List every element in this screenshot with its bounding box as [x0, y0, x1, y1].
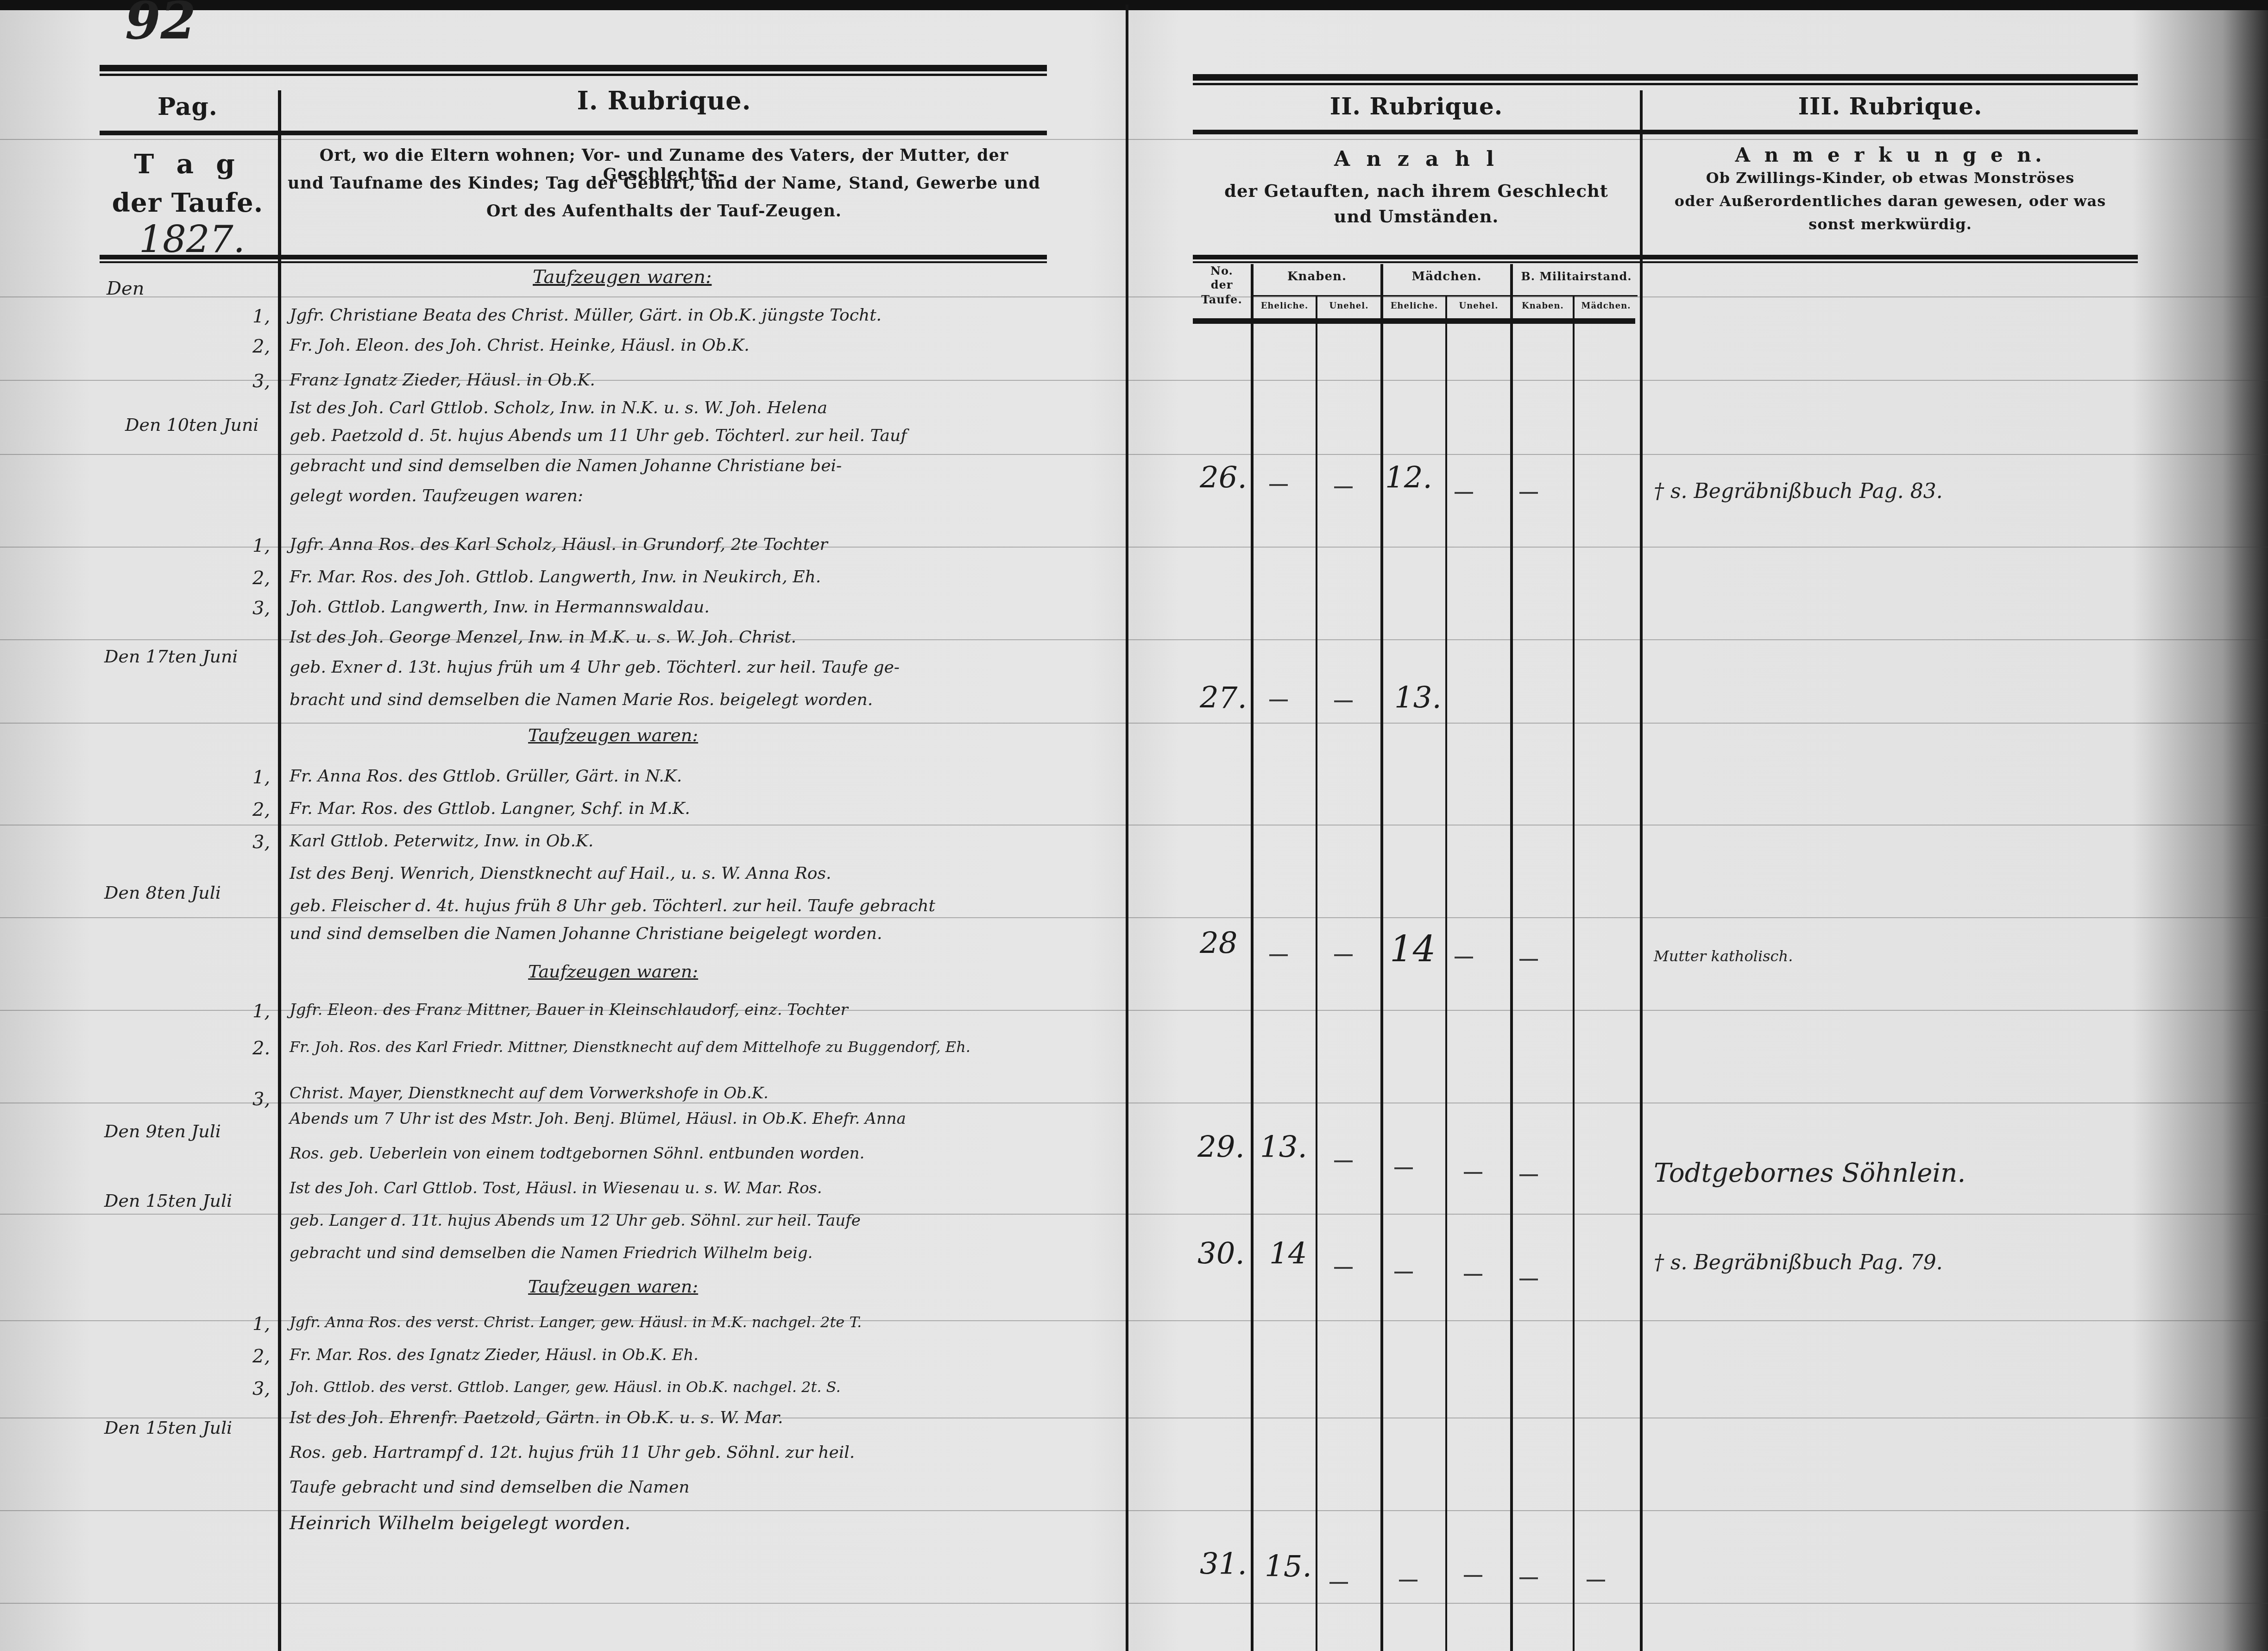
anmerkungen-desc-3: sonst merkwürdig.	[1643, 215, 2138, 233]
witness-no: 3,	[252, 1089, 270, 1110]
entry-line: Taufzeugen waren:	[528, 961, 698, 982]
entry-line: Ist des Joh. George Menzel, Inw. in M.K.…	[290, 628, 796, 647]
baptism-no: 28	[1200, 926, 1237, 961]
rubrique-i-desc-3: Ort des Aufenthalts der Tauf-Zeugen.	[281, 202, 1047, 221]
witness-text: Christ. Mayer, Dienstknecht auf dem Vorw…	[290, 1084, 769, 1103]
binding-line	[1126, 5, 1128, 1651]
sub-unehel-m: Unehel.	[1447, 301, 1510, 311]
remark: † s. Begräbnißbuch Pag. 83.	[1654, 479, 1943, 503]
rubrique-i-desc-2: und Taufname des Kindes; Tag der Geburt,…	[281, 174, 1047, 193]
col-no-1: No.	[1193, 264, 1251, 277]
maedchen-eheliche: 13.	[1394, 681, 1442, 715]
rubrique-i-title: I. Rubrique.	[281, 86, 1047, 115]
witness-no: 1,	[252, 1001, 270, 1022]
entry-line: Ros. geb. Hartrampf d. 12t. hujus früh 1…	[290, 1443, 855, 1462]
witness-text: Fr. Mar. Ros. des Joh. Gttlob. Langwerth…	[290, 567, 821, 586]
maedchen-eheliche: 12.	[1385, 461, 1432, 495]
witness-text: Joh. Gttlob. des verst. Gttlob. Langer, …	[290, 1378, 841, 1396]
sub-unehel-k: Unehel.	[1317, 301, 1380, 311]
year: 1827.	[139, 218, 245, 261]
witness-no: 3,	[252, 1378, 270, 1399]
col-no-3: Taufe.	[1193, 293, 1251, 306]
witness-text: Fr. Anna Ros. des Gttlob. Grüller, Gärt.…	[290, 767, 682, 786]
anmerkungen-label: A n m e r k u n g e n.	[1643, 144, 2138, 166]
baptism-date: Den 8ten Juli	[104, 882, 221, 903]
entry-line: und sind demselben die Namen Johanne Chr…	[290, 924, 882, 943]
entry-line: Ist des Joh. Ehrenfr. Paetzold, Gärtn. i…	[290, 1408, 783, 1427]
witness-no: 3,	[252, 371, 270, 392]
entry-line: geb. Langer d. 11t. hujus Abends um 12 U…	[290, 1211, 861, 1230]
entry-line: Ros. geb. Ueberlein von einem todtgeborn…	[290, 1144, 864, 1163]
scan-border	[0, 0, 2268, 10]
witness-text: Fr. Joh. Ros. des Karl Friedr. Mittner, …	[290, 1033, 1049, 1061]
entry-line: Ist des Joh. Carl Gttlob. Tost, Häusl. i…	[290, 1179, 822, 1197]
baptism-date: Den 15ten Juli	[104, 1418, 232, 1438]
left-column-divider	[278, 90, 281, 1651]
anzahl-desc-1: der Getauften, nach ihrem Geschlecht	[1193, 181, 1640, 201]
page-number: 92	[125, 0, 196, 50]
witness-text: Fr. Joh. Eleon. des Joh. Christ. Heinke,…	[290, 336, 750, 355]
entry-line: Taufzeugen waren:	[528, 725, 698, 745]
remark: Todtgebornes Söhnlein.	[1654, 1158, 1966, 1188]
remark: Mutter katholisch.	[1654, 947, 1793, 965]
witness-no: 2,	[252, 567, 270, 589]
entry-line: gebracht und sind demselben die Namen Jo…	[290, 456, 842, 475]
witness-text: Franz Ignatz Zieder, Häusl. in Ob.K.	[290, 371, 595, 390]
baptism-date: Den 9ten Juli	[104, 1121, 221, 1141]
witness-text: Jgfr. Anna Ros. des verst. Christ. Lange…	[290, 1313, 862, 1331]
entry-line: geb. Fleischer d. 4t. hujus früh 8 Uhr g…	[290, 896, 935, 915]
left-top-rule	[100, 65, 1047, 76]
right-top-rule	[1193, 74, 2138, 85]
register-page: 92 Pag. I. Rubrique. T a g der Taufe. 18…	[0, 0, 2268, 1651]
witness-text: Joh. Gttlob. Langwerth, Inw. in Hermanns…	[290, 598, 710, 617]
witness-text: Fr. Mar. Ros. des Gttlob. Langner, Schf.…	[290, 799, 690, 818]
anmerkungen-desc-2: oder Außerordentliches daran gewesen, od…	[1643, 192, 2138, 210]
entry-line: geb. Exner d. 13t. hujus früh um 4 Uhr g…	[290, 658, 900, 677]
witness-text: Jgfr. Anna Ros. des Karl Scholz, Häusl. …	[290, 535, 828, 554]
entry-line: bracht und sind demselben die Namen Mari…	[290, 690, 873, 709]
witness-no: 2.	[252, 1038, 270, 1059]
tag-label: T a g	[100, 148, 276, 180]
sub-mil-knaben: Knaben.	[1513, 301, 1573, 311]
witness-text: Karl Gttlob. Peterwitz, Inw. in Ob.K.	[290, 832, 593, 851]
entry-0-date: Den	[107, 278, 145, 299]
der-taufe-label: der Taufe.	[100, 188, 276, 218]
entry-line: Ist des Benj. Wenrich, Dienstknecht auf …	[290, 864, 831, 883]
col-knaben: Knaben.	[1254, 270, 1380, 284]
maedchen-eheliche: 14	[1390, 929, 1436, 970]
witness-no: 3,	[252, 598, 270, 619]
entry-line: gebracht und sind demselben die Namen Fr…	[290, 1244, 813, 1262]
witness-no: 1,	[252, 535, 270, 556]
entry-line: Heinrich Wilhelm beigelegt worden.	[290, 1512, 630, 1534]
witness-no: 1,	[252, 767, 270, 788]
entry-line: gelegt worden. Taufzeugen waren:	[290, 486, 583, 505]
pag-header: Pag.	[100, 93, 276, 121]
rubrique-ii-title: II. Rubrique.	[1193, 93, 1640, 120]
witness-no: 1,	[252, 1313, 270, 1335]
anzahl-desc-2: und Umständen.	[1193, 206, 1640, 227]
witness-no: 2,	[252, 1346, 270, 1367]
knaben-eheliche: 15.	[1265, 1550, 1312, 1584]
witness-no: 3,	[252, 832, 270, 853]
anzahl-label: A n z a h l	[1193, 147, 1640, 171]
baptism-no: 29.	[1197, 1130, 1245, 1165]
witness-no: 2,	[252, 799, 270, 820]
baptism-no: 27.	[1200, 681, 1247, 715]
baptism-date: Den 10ten Juni	[125, 415, 259, 435]
sub-eheliche-m: Eheliche.	[1383, 301, 1445, 311]
sub-mil-maedchen: Mädchen.	[1575, 301, 1638, 311]
witness-text: Jgfr. Christiane Beata des Christ. Mülle…	[290, 306, 882, 325]
witness-text: Jgfr. Eleon. des Franz Mittner, Bauer in…	[290, 1001, 848, 1019]
anmerkungen-desc-1: Ob Zwillings-Kinder, ob etwas Monströses	[1643, 169, 2138, 187]
col-militairstand: B. Militairstand.	[1513, 270, 1640, 283]
knaben-eheliche: 13.	[1260, 1130, 1307, 1165]
baptism-no: 31.	[1200, 1547, 1247, 1582]
entry-line: Abends um 7 Uhr ist des Mstr. Joh. Benj.…	[290, 1109, 906, 1128]
col-maedchen: Mädchen.	[1383, 270, 1510, 284]
baptism-no: 30.	[1197, 1237, 1245, 1271]
baptism-no: 26.	[1200, 461, 1247, 495]
entry-0-heading: Taufzeugen waren:	[533, 266, 712, 288]
witness-text: Fr. Mar. Ros. des Ignatz Zieder, Häusl. …	[290, 1346, 699, 1364]
rubrique-iii-title: III. Rubrique.	[1643, 93, 2138, 120]
baptism-date: Den 15ten Juli	[104, 1191, 232, 1211]
witness-no: 1,	[252, 306, 270, 327]
knaben-eheliche: 14	[1269, 1237, 1307, 1271]
entry-line: Taufzeugen waren:	[528, 1276, 698, 1297]
col-no-2: der	[1193, 278, 1251, 291]
entry-line: Ist des Joh. Carl Gttlob. Scholz, Inw. i…	[290, 398, 827, 417]
baptism-date: Den 17ten Juni	[104, 646, 238, 667]
entry-line: geb. Paetzold d. 5t. hujus Abends um 11 …	[290, 426, 907, 445]
sub-eheliche-k: Eheliche.	[1254, 301, 1316, 311]
remark: † s. Begräbnißbuch Pag. 79.	[1654, 1251, 1943, 1274]
entry-line: Taufe gebracht und sind demselben die Na…	[290, 1478, 689, 1497]
witness-no: 2,	[252, 336, 270, 357]
